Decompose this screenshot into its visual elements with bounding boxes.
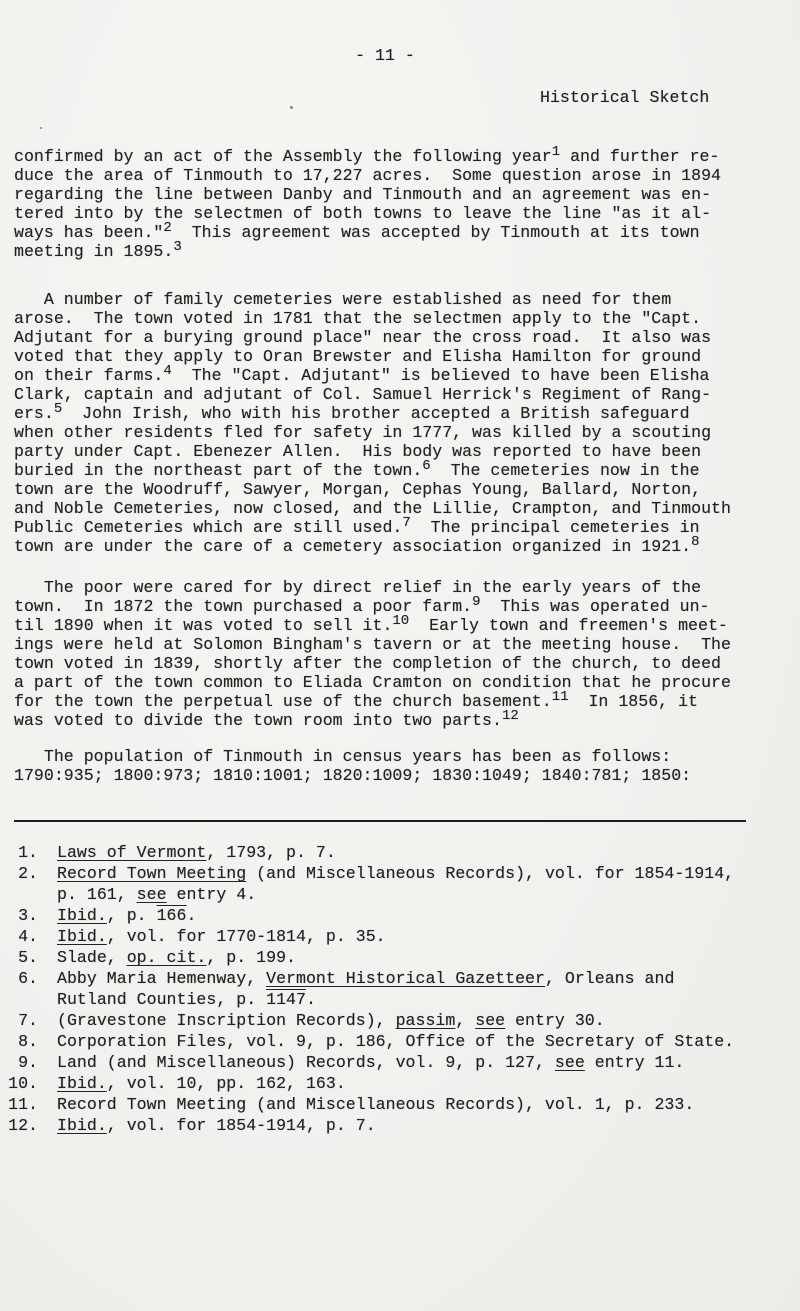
footnote-number: 11. [8, 1094, 38, 1115]
text-segment: passim [396, 1011, 456, 1030]
text-segment: a part of the town common to Eliada Cram… [14, 673, 731, 692]
footnote-text: Ibid., vol. for 1854-1914, p. 7. [57, 1115, 376, 1136]
text-line: ways has been."2 This agreement was acce… [14, 223, 786, 242]
text-segment: was voted to divide the town room into t… [14, 711, 502, 730]
text-segment: Adjutant for a burying ground place" nea… [14, 328, 711, 347]
footnote-text: Slade, op. cit., p. 199. [57, 947, 296, 968]
text-segment: town are the Woodruff, Sawyer, Morgan, C… [14, 480, 701, 499]
text-segment: p. 161, [57, 885, 137, 904]
text-line: arose. The town voted in 1781 that the s… [14, 309, 786, 328]
text-line: buried in the northeast part of the town… [14, 461, 786, 480]
text-line: party under Capt. Ebenezer Allen. His bo… [14, 442, 786, 461]
text-segment: , Orleans and [545, 969, 674, 988]
paragraph: confirmed by an act of the Assembly the … [14, 147, 786, 261]
footnote-number: 9. [8, 1052, 38, 1073]
text-segment: (Gravestone Inscription Records), [57, 1011, 396, 1030]
text-line: The population of Tinmouth in census yea… [14, 747, 786, 766]
footnote-text: Land (and Miscellaneous) Records, vol. 9… [57, 1052, 684, 1073]
text-segment: This was operated un- [480, 597, 709, 616]
footnote: 3.Ibid., p. 166. [8, 905, 788, 926]
footnote-ref: 11 [552, 689, 569, 705]
text-segment: confirmed by an act of the Assembly the … [14, 147, 552, 166]
footnote: 11.Record Town Meeting (and Miscellaneou… [8, 1094, 788, 1115]
document-page: - 11 - Historical Sketch confirmed by an… [0, 0, 800, 1311]
text-line: ers.5 John Irish, who with his brother a… [14, 404, 786, 423]
text-segment: entry 4. [167, 885, 257, 904]
footnote-text: Laws of Vermont, 1793, p. 7. [57, 842, 336, 863]
text-segment: Corporation Files, vol. 9, p. 186, Offic… [57, 1032, 734, 1051]
text-line: Laws of Vermont, 1793, p. 7. [57, 842, 336, 863]
text-line: Clark, captain and adjutant of Col. Samu… [14, 385, 786, 404]
text-segment: Ibid. [57, 927, 107, 946]
text-segment: voted that they apply to Oran Brewster a… [14, 347, 701, 366]
footnote-text: Ibid., p. 166. [57, 905, 196, 926]
footnote-number: 7. [8, 1010, 38, 1031]
footnote-ref: 5 [54, 401, 62, 417]
footnote-separator [14, 820, 746, 822]
text-line: Adjutant for a burying ground place" nea… [14, 328, 786, 347]
footnote-number: 8. [8, 1031, 38, 1052]
scan-speck [290, 106, 293, 109]
footnote-text: Corporation Files, vol. 9, p. 186, Offic… [57, 1031, 734, 1052]
paragraph: The population of Tinmouth in census yea… [14, 747, 786, 785]
footnote: 7.(Gravestone Inscription Records), pass… [8, 1010, 788, 1031]
text-line: voted that they apply to Oran Brewster a… [14, 347, 786, 366]
footnote-ref: 7 [402, 515, 410, 531]
text-line: A number of family cemeteries were estab… [14, 290, 786, 309]
text-line: town are the Woodruff, Sawyer, Morgan, C… [14, 480, 786, 499]
text-segment: Vermont Historical Gazetteer [266, 969, 545, 988]
footnote-ref: 4 [163, 363, 171, 379]
footnote-number: 10. [8, 1073, 38, 1094]
text-segment: , [455, 1011, 475, 1030]
text-line: Slade, op. cit., p. 199. [57, 947, 296, 968]
text-line: and Noble Cemeteries, now closed, and th… [14, 499, 786, 518]
footnote-number: 3. [8, 905, 38, 926]
text-segment: 1147 [266, 990, 306, 1009]
text-line: Record Town Meeting (and Miscellaneous R… [57, 1094, 694, 1115]
footnote: 8.Corporation Files, vol. 9, p. 186, Off… [8, 1031, 788, 1052]
text-segment: Ibid. [57, 1116, 107, 1135]
text-segment: , p. 199. [206, 948, 296, 967]
text-segment: Public Cemeteries which are still used. [14, 518, 402, 537]
footnote-text: Abby Maria Hemenway, Vermont Historical … [57, 968, 674, 1010]
text-segment: Rutland Counties, p. [57, 990, 266, 1009]
text-line: duce the area of Tinmouth to 17,227 acre… [14, 166, 786, 185]
text-segment: Slade, [57, 948, 127, 967]
footnote-text: Ibid., vol. for 1770-1814, p. 35. [57, 926, 386, 947]
text-line: ings were held at Solomon Bingham's tave… [14, 635, 786, 654]
paragraph: The poor were cared for by direct relief… [14, 578, 786, 730]
text-line: when other residents fled for safety in … [14, 423, 786, 442]
text-line: for the town the perpetual use of the ch… [14, 692, 786, 711]
text-segment: Ibid. [57, 906, 107, 925]
text-line: (Gravestone Inscription Records), passim… [57, 1010, 605, 1031]
text-segment: Land (and Miscellaneous) Records, vol. 9… [57, 1053, 555, 1072]
text-segment: , p. [107, 906, 157, 925]
footnote-ref: 8 [691, 534, 699, 550]
text-line: regarding the line between Danby and Tin… [14, 185, 786, 204]
text-segment: . [306, 990, 316, 1009]
text-segment: til 1890 when it was voted to sell it. [14, 616, 392, 635]
text-segment: arose. The town voted in 1781 that the s… [14, 309, 701, 328]
text-segment: regarding the line between Danby and Tin… [14, 185, 711, 204]
text-line: 1790:935; 1800:973; 1810:1001; 1820:1009… [14, 766, 786, 785]
text-line: Abby Maria Hemenway, Vermont Historical … [57, 968, 674, 989]
footnote-ref: 2 [163, 220, 171, 236]
text-line: Public Cemeteries which are still used.7… [14, 518, 786, 537]
text-line: Ibid., p. 166. [57, 905, 196, 926]
text-line: a part of the town common to Eliada Cram… [14, 673, 786, 692]
text-line: Record Town Meeting (and Miscellaneous R… [57, 863, 734, 884]
text-line: Ibid., vol. 10, pp. 162, 163. [57, 1073, 346, 1094]
footnote: 6.Abby Maria Hemenway, Vermont Historica… [8, 968, 788, 1010]
footnote-number: 1. [8, 842, 38, 863]
text-segment: Laws of Vermont [57, 843, 206, 862]
footnote: 5.Slade, op. cit., p. 199. [8, 947, 788, 968]
page-title: Historical Sketch [540, 88, 709, 107]
text-line: The poor were cared for by direct relief… [14, 578, 786, 597]
text-segment: Record Town Meeting [57, 864, 246, 883]
footnote: 9.Land (and Miscellaneous) Records, vol.… [8, 1052, 788, 1073]
text-segment: duce the area of Tinmouth to 17,227 acre… [14, 166, 721, 185]
footnote-number: 6. [8, 968, 38, 989]
text-line: confirmed by an act of the Assembly the … [14, 147, 786, 166]
footnote-ref: 3 [173, 239, 181, 255]
text-segment: Ibid. [57, 1074, 107, 1093]
text-line: town are under the care of a cemetery as… [14, 537, 786, 556]
paragraph: A number of family cemeteries were estab… [14, 290, 786, 556]
text-segment: The poor were cared for by direct relief… [14, 578, 701, 597]
text-segment: see [475, 1011, 505, 1030]
text-segment: , vol. 10, pp. 162, 163. [107, 1074, 346, 1093]
text-segment: meeting in 1895. [14, 242, 173, 261]
text-segment: A number of family cemeteries were estab… [14, 290, 671, 309]
text-segment: 1790:935; 1800:973; 1810:1001; 1820:1009… [14, 766, 691, 785]
footnote-number: 4. [8, 926, 38, 947]
footnote: 2.Record Town Meeting (and Miscellaneous… [8, 863, 788, 905]
text-segment: Abby Maria Hemenway, [57, 969, 266, 988]
text-segment: The population of Tinmouth in census yea… [14, 747, 671, 766]
text-segment: town are under the care of a cemetery as… [14, 537, 691, 556]
text-segment: tered into by the selectmen of both town… [14, 204, 711, 223]
text-segment: see [137, 885, 167, 904]
text-segment: for the town the perpetual use of the ch… [14, 692, 552, 711]
text-segment: John Irish, who with his brother accepte… [62, 404, 689, 423]
footnote-text: (Gravestone Inscription Records), passim… [57, 1010, 605, 1031]
text-line: was voted to divide the town room into t… [14, 711, 786, 730]
text-line: tered into by the selectmen of both town… [14, 204, 786, 223]
text-segment: . [186, 906, 196, 925]
text-segment: op. cit. [127, 948, 207, 967]
text-line: p. 161, see entry 4. [57, 884, 734, 905]
footnote-ref: 6 [422, 458, 430, 474]
text-segment: and further re- [560, 147, 719, 166]
text-segment: Early town and freemen's meet- [409, 616, 728, 635]
text-line: Ibid., vol. for 1770-1814, p. 35. [57, 926, 386, 947]
footnote-ref: 1 [552, 144, 560, 160]
footnote-ref: 10 [392, 613, 409, 629]
footnote-number: 2. [8, 863, 38, 884]
text-line: Rutland Counties, p. 1147. [57, 989, 674, 1010]
footnote-ref: 9 [472, 594, 480, 610]
text-segment: on their farms. [14, 366, 163, 385]
scan-speck [40, 127, 42, 129]
text-segment: The cemeteries now in the [431, 461, 700, 480]
text-segment: town voted in 1839, shortly after the co… [14, 654, 721, 673]
text-segment: The principal cemeteries in [411, 518, 700, 537]
text-segment: and Noble Cemeteries, now closed, and th… [14, 499, 731, 518]
body-text: confirmed by an act of the Assembly the … [14, 147, 786, 785]
text-segment: , vol. for 1854-1914, p. 7. [107, 1116, 376, 1135]
text-segment: ers. [14, 404, 54, 423]
text-segment: In 1856, it [569, 692, 698, 711]
text-segment: The "Capt. Adjutant" is believed to have… [172, 366, 710, 385]
footnote: 4.Ibid., vol. for 1770-1814, p. 35. [8, 926, 788, 947]
text-segment: entry 30. [505, 1011, 605, 1030]
text-segment: Clark, captain and adjutant of Col. Samu… [14, 385, 711, 404]
text-segment: when other residents fled for safety in … [14, 423, 711, 442]
text-segment: entry 11. [585, 1053, 685, 1072]
text-line: Ibid., vol. for 1854-1914, p. 7. [57, 1115, 376, 1136]
text-segment: , vol. for 1770-1814, p. 35. [107, 927, 386, 946]
text-line: Land (and Miscellaneous) Records, vol. 9… [57, 1052, 684, 1073]
footnote-text: Record Town Meeting (and Miscellaneous R… [57, 863, 734, 905]
footnotes-section: 1.Laws of Vermont, 1793, p. 7. 2.Record … [8, 842, 788, 1136]
page-number: - 11 - [0, 46, 770, 65]
text-line: town voted in 1839, shortly after the co… [14, 654, 786, 673]
footnote-number: 12. [8, 1115, 38, 1136]
footnote: 1.Laws of Vermont, 1793, p. 7. [8, 842, 788, 863]
text-segment: ings were held at Solomon Bingham's tave… [14, 635, 731, 654]
text-line: on their farms.4 The "Capt. Adjutant" is… [14, 366, 786, 385]
text-segment: , 1793, p. 7. [206, 843, 335, 862]
footnote-text: Record Town Meeting (and Miscellaneous R… [57, 1094, 694, 1115]
text-line: meeting in 1895.3 [14, 242, 786, 261]
text-segment: ways has been." [14, 223, 163, 242]
footnote: 10.Ibid., vol. 10, pp. 162, 163. [8, 1073, 788, 1094]
footnote-number: 5. [8, 947, 38, 968]
text-segment: This agreement was accepted by Tinmouth … [172, 223, 700, 242]
footnote-ref: 12 [502, 708, 519, 724]
text-line: til 1890 when it was voted to sell it.10… [14, 616, 786, 635]
footnote: 12.Ibid., vol. for 1854-1914, p. 7. [8, 1115, 788, 1136]
text-segment: buried in the northeast part of the town… [14, 461, 422, 480]
text-segment: 166 [157, 906, 187, 925]
text-line: Corporation Files, vol. 9, p. 186, Offic… [57, 1031, 734, 1052]
text-segment: party under Capt. Ebenezer Allen. His bo… [14, 442, 701, 461]
text-segment: see [555, 1053, 585, 1072]
text-segment: (and Miscellaneous Records), vol. for 18… [246, 864, 734, 883]
footnote-text: Ibid., vol. 10, pp. 162, 163. [57, 1073, 346, 1094]
text-segment: Record Town Meeting (and Miscellaneous R… [57, 1095, 694, 1114]
